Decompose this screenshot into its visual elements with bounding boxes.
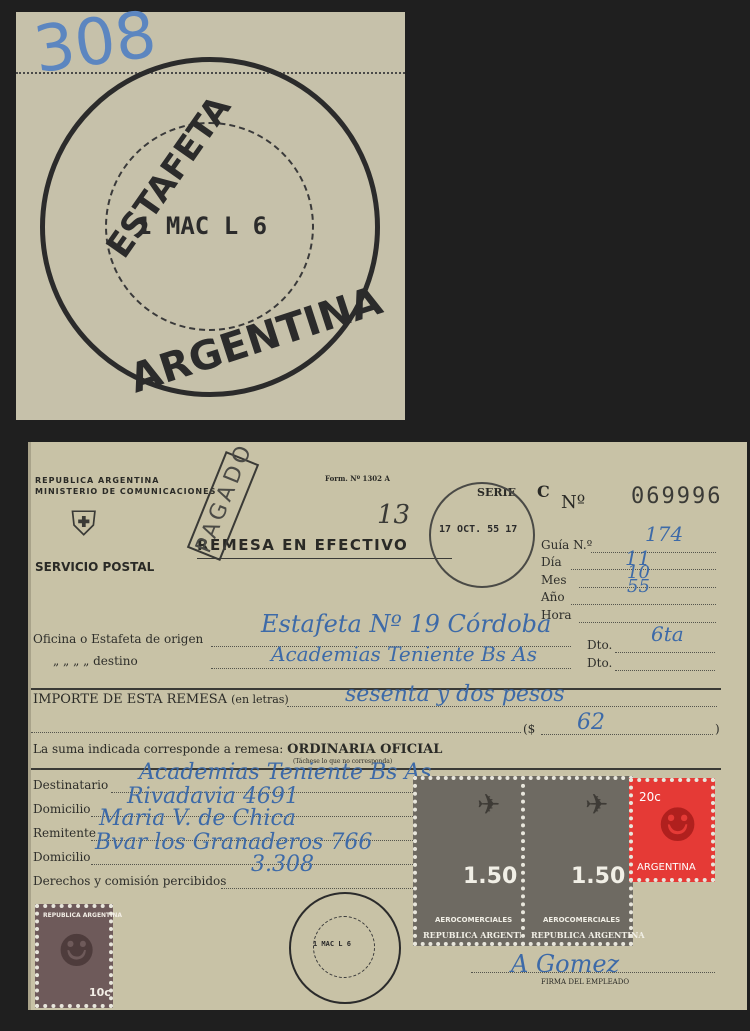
stamp-aerocomerciales-1: ✈ 1.50 AEROCOMERCIALES REPUBLICA ARGENTI… (413, 776, 525, 946)
fees-value: 3.308 (251, 852, 314, 877)
destination-value: Academias Teniente Bs As (271, 642, 537, 666)
amount-words-label: IMPORTE DE ESTA REMESA (en letras) (33, 692, 289, 707)
form-number: Form. Nº 1302 A (325, 474, 390, 483)
remittance-form: REPUBLICA ARGENTINA MINISTERIO DE COMUNI… (28, 442, 747, 1010)
header-line2: MINISTERIO DE COMUNICACIONES (35, 487, 216, 496)
airplane-icon: ✈ (477, 788, 500, 821)
number-label: Nº (561, 492, 585, 513)
origin-dto-value: 6ta (651, 622, 684, 646)
postmark-bottom: 1 MAC L 6 (289, 892, 401, 1004)
serie-value: C (537, 482, 550, 501)
postmark-large: ESTAFETA ARGENTINA 1 MAC L 6 (40, 57, 380, 397)
guia-value: 174 (645, 522, 683, 546)
sender-address: Bvar los Granaderos 766 (95, 830, 372, 855)
header-line1: REPUBLICA ARGENTINA (35, 476, 159, 485)
origin-label: Oficina o Estafeta de origen (33, 632, 203, 646)
ano-value: 55 (627, 576, 650, 597)
service-label: SERVICIO POSTAL (35, 560, 154, 574)
stamp-san-martin: 20c ☻ ARGENTINA (629, 778, 715, 882)
postmark-detail-inset: 308 ESTAFETA ARGENTINA 1 MAC L 6 (16, 12, 405, 420)
serial-number: 069996 (631, 484, 722, 509)
portrait-icon: ☻ (57, 926, 96, 977)
stamp-aerocomerciales-2: ✈ 1.50 AEROCOMERCIALES REPUBLICA ARGENTI… (521, 776, 633, 946)
amount-words-value: sesenta y dos pesos (345, 682, 565, 707)
handwritten-number: 13 (377, 500, 410, 530)
portrait-icon: ☻ (657, 798, 698, 852)
sender-name: Maria V. de Chica (99, 806, 296, 831)
airplane-icon: ✈ (585, 788, 608, 821)
type-line: La suma indicada corresponde a remesa: O… (33, 742, 442, 757)
amount-number-value: 62 (577, 710, 605, 735)
origin-value: Estafeta Nº 19 Córdoba (261, 610, 551, 638)
coat-of-arms-icon: ⛨ (71, 504, 97, 544)
signature-label: FIRMA DEL EMPLEADO (541, 978, 629, 986)
stamp-rivadavia: REPUBLICA ARGENTINA ☻ 10c (35, 904, 113, 1008)
postmark-correos: 17 OCT. 55 17 (429, 482, 535, 588)
employee-signature: A Gomez (511, 950, 619, 978)
destination-label: „ „ „ „ destino (53, 654, 138, 668)
recipient-name: Academias Teniente Bs As (139, 760, 432, 785)
